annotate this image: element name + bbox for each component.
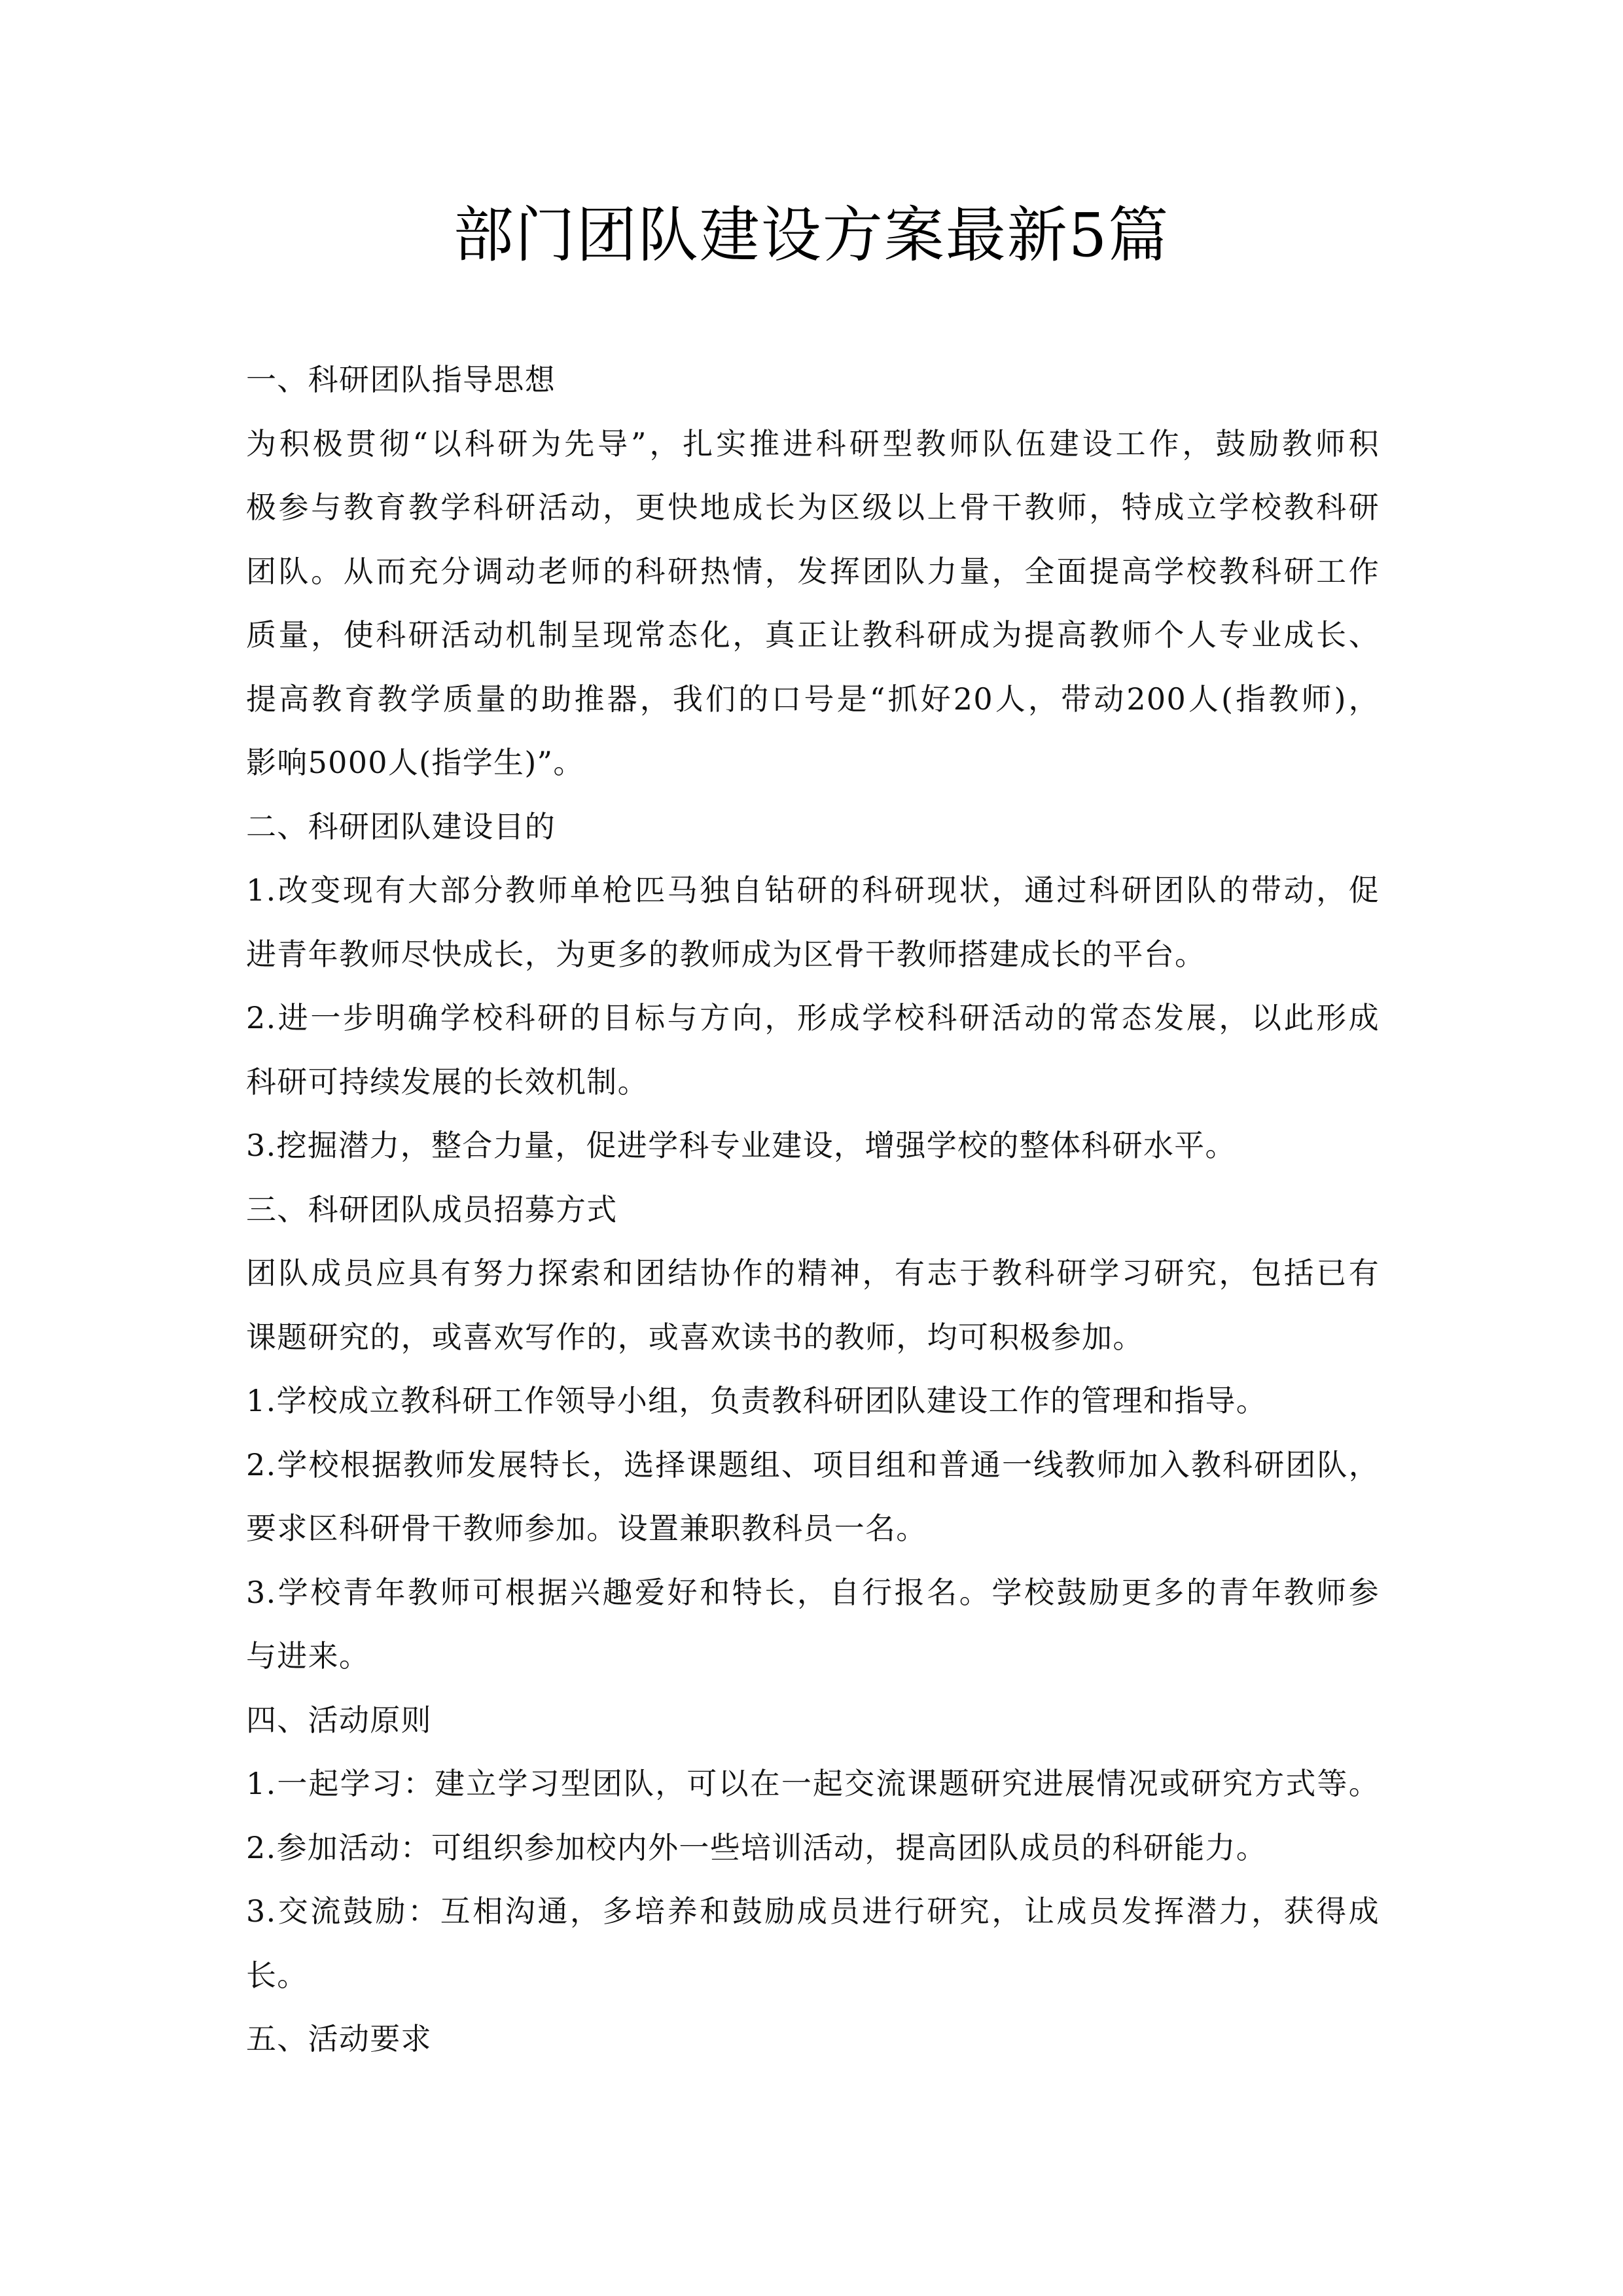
list-item-line: 2.参加活动：可组织参加校内外一些培训活动，提高团队成员的科研能力。: [246, 1821, 1380, 1886]
paragraph-line: 质量，使科研活动机制呈现常态化，真正让教科研成为提高教师个人专业成长、: [246, 609, 1380, 673]
document-title: 部门团队建设方案最新5篇: [0, 196, 1623, 275]
list-item-line: 1.改变现有大部分教师单枪匹马独自钻研的科研现状，通过科研团队的带动，促: [246, 864, 1380, 928]
paragraph-line: 为积极贯彻“以科研为先导”，扎实推进科研型教师队伍建设工作，鼓励教师积: [246, 418, 1380, 482]
section-heading-purpose: 二、科研团队建设目的: [246, 800, 1380, 865]
list-item-line: 3.交流鼓励：互相沟通，多培养和鼓励成员进行研究，让成员发挥潜力，获得成: [246, 1885, 1380, 1949]
section-heading-principles: 四、活动原则: [246, 1694, 1380, 1758]
document-page: 部门团队建设方案最新5篇 一、科研团队指导思想 为积极贯彻“以科研为先导”，扎实…: [0, 0, 1623, 2296]
paragraph-line: 影响5000人(指学生)”。: [246, 736, 1380, 800]
list-item-line: 科研可持续发展的长效机制。: [246, 1056, 1380, 1120]
section-heading-recruitment: 三、科研团队成员招募方式: [246, 1183, 1380, 1247]
section-heading-guiding-thought: 一、科研团队指导思想: [246, 353, 1380, 418]
list-item-line: 2.进一步明确学校科研的目标与方向，形成学校科研活动的常态发展，以此形成: [246, 992, 1380, 1056]
list-item-line: 3.学校青年教师可根据兴趣爱好和特长，自行报名。学校鼓励更多的青年教师参: [246, 1566, 1380, 1630]
list-item-line: 长。: [246, 1949, 1380, 2013]
section-heading-requirements: 五、活动要求: [246, 2013, 1380, 2077]
paragraph-line: 团队成员应具有努力探索和团结协作的精神，有志于教科研学习研究，包括已有: [246, 1247, 1380, 1311]
list-item-line: 1.一起学习：建立学习型团队，可以在一起交流课题研究进展情况或研究方式等。: [246, 1757, 1380, 1821]
list-item-line: 3.挖掘潜力，整合力量，促进学科专业建设，增强学校的整体科研水平。: [246, 1119, 1380, 1183]
paragraph-line: 团队。从而充分调动老师的科研热情，发挥团队力量，全面提高学校教科研工作: [246, 545, 1380, 609]
list-item-line: 1.学校成立教科研工作领导小组，负责教科研团队建设工作的管理和指导。: [246, 1374, 1380, 1439]
list-item-line: 进青年教师尽快成长，为更多的教师成为区骨干教师搭建成长的平台。: [246, 928, 1380, 992]
list-item-line: 2.学校根据教师发展特长，选择课题组、项目组和普通一线教师加入教科研团队，: [246, 1439, 1380, 1503]
paragraph-line: 提高教育教学质量的助推器，我们的口号是“抓好20人，带动200人(指教师)，: [246, 673, 1380, 737]
paragraph-line: 极参与教育教学科研活动，更快地成长为区级以上骨干教师，特成立学校教科研: [246, 481, 1380, 545]
paragraph-line: 课题研究的，或喜欢写作的，或喜欢读书的教师，均可积极参加。: [246, 1311, 1380, 1375]
list-item-line: 与进来。: [246, 1630, 1380, 1694]
list-item-line: 要求区科研骨干教师参加。设置兼职教科员一名。: [246, 1502, 1380, 1566]
document-body: 一、科研团队指导思想 为积极贯彻“以科研为先导”，扎实推进科研型教师队伍建设工作…: [246, 353, 1380, 2077]
